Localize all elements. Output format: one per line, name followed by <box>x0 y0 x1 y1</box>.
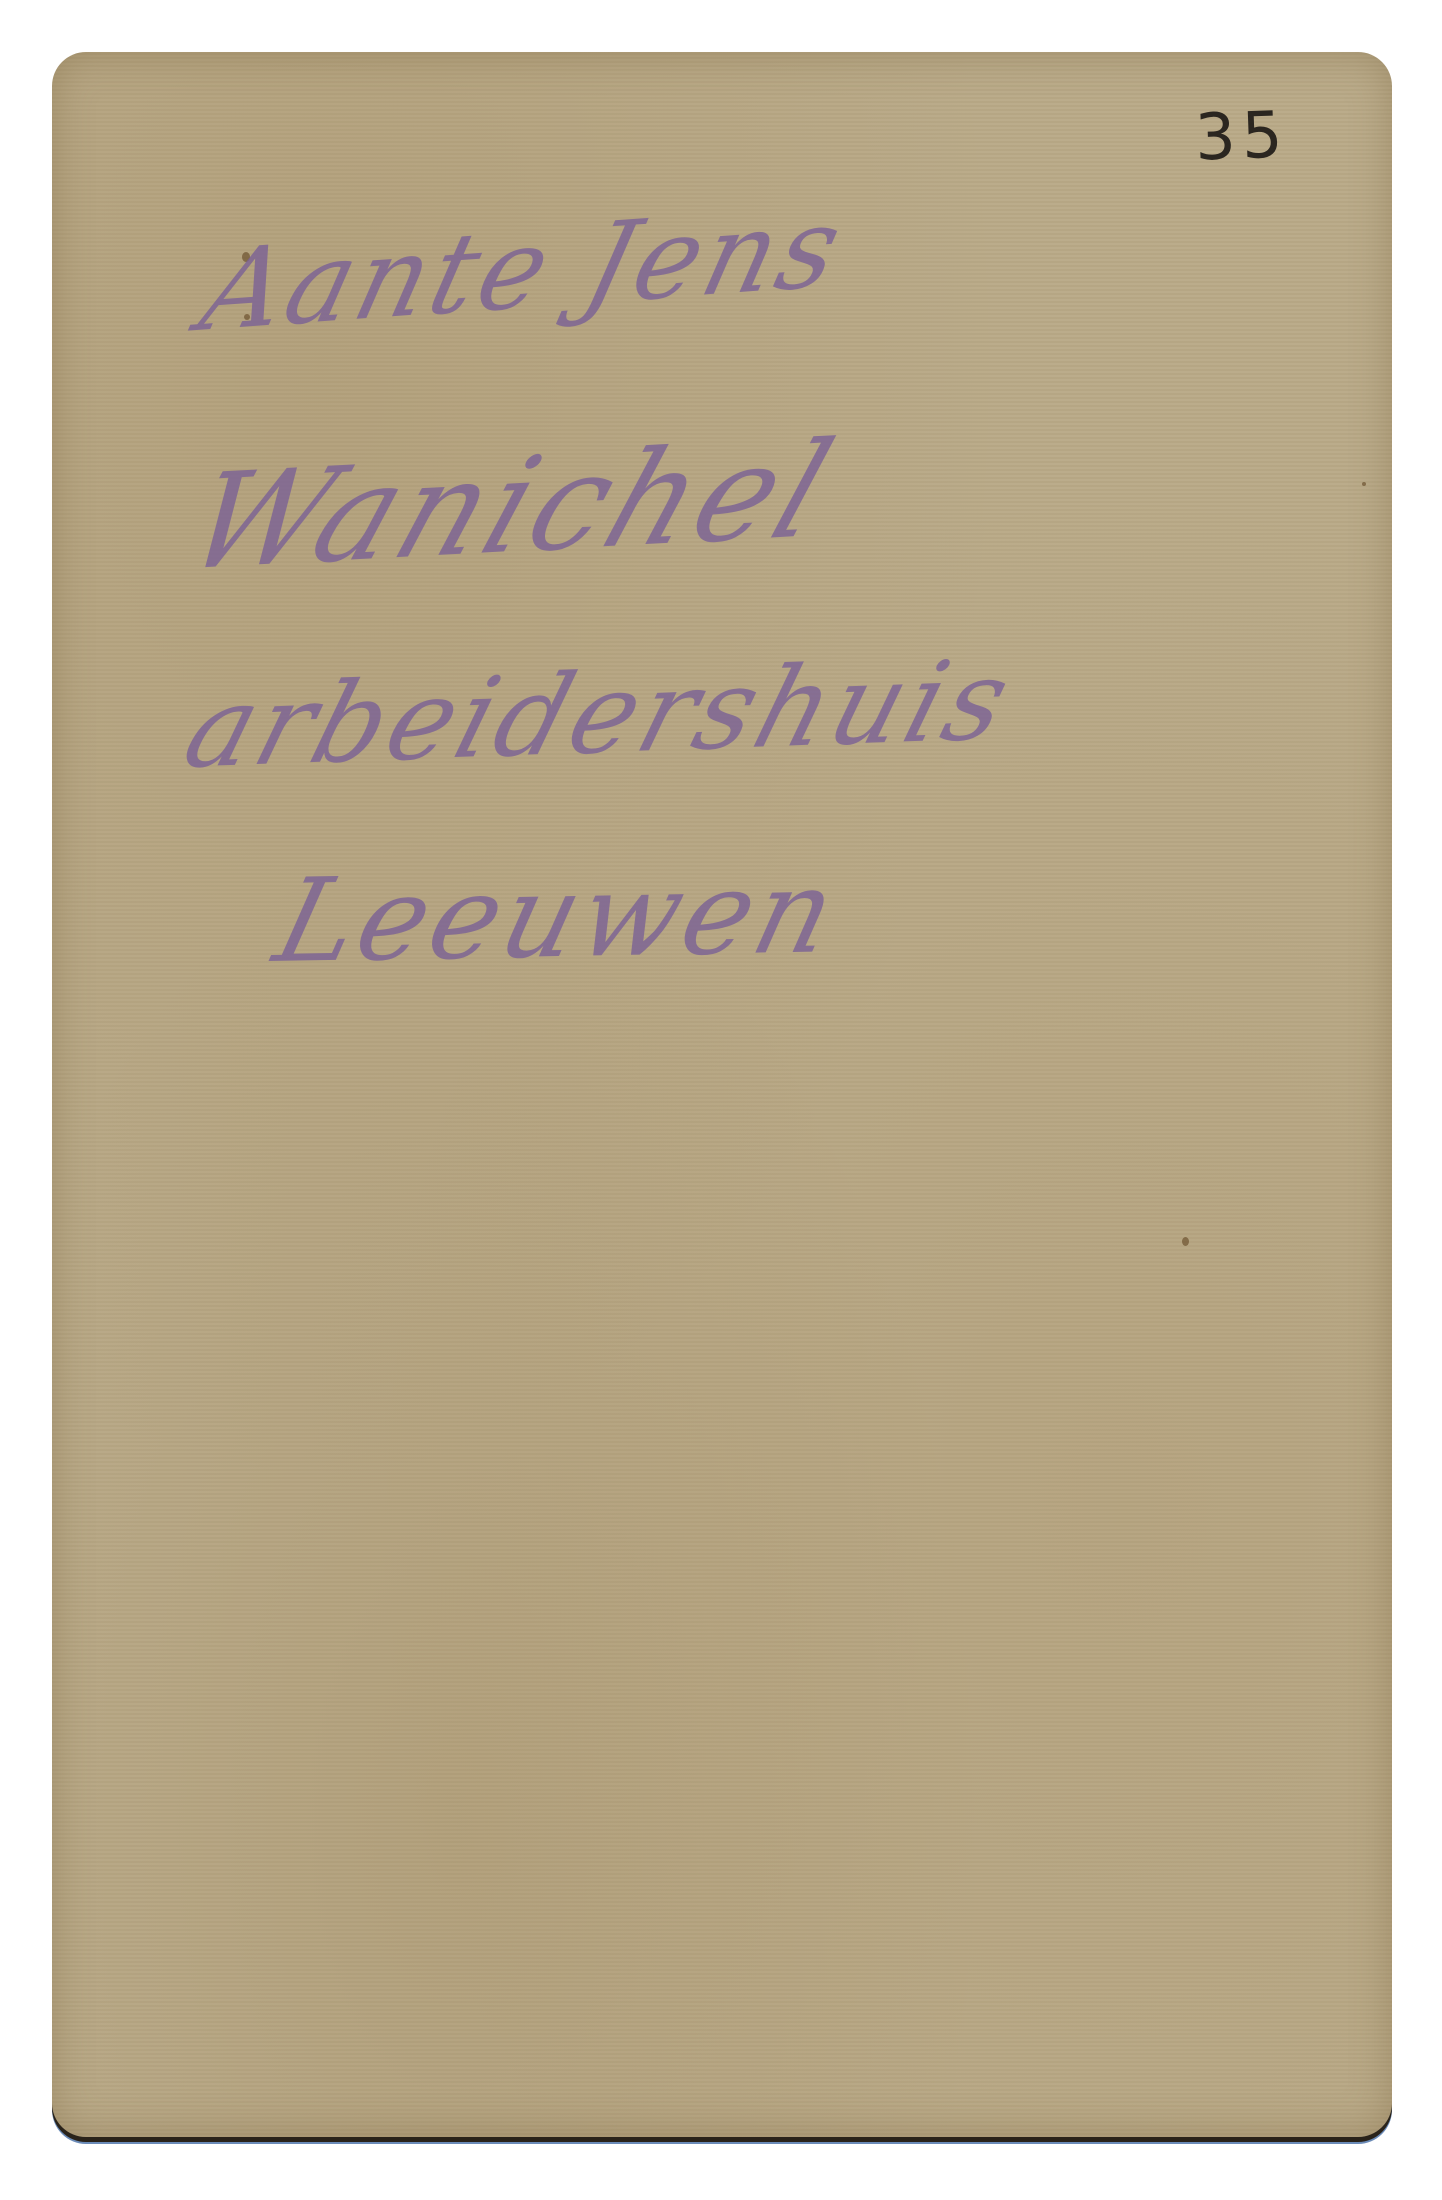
card-back <box>52 52 1392 2137</box>
catalog-number: 35 <box>1194 98 1290 175</box>
foxing-spot <box>1362 482 1366 486</box>
inscription-line-4: Leeuwen <box>263 845 852 989</box>
foxing-spot <box>1182 1237 1189 1246</box>
